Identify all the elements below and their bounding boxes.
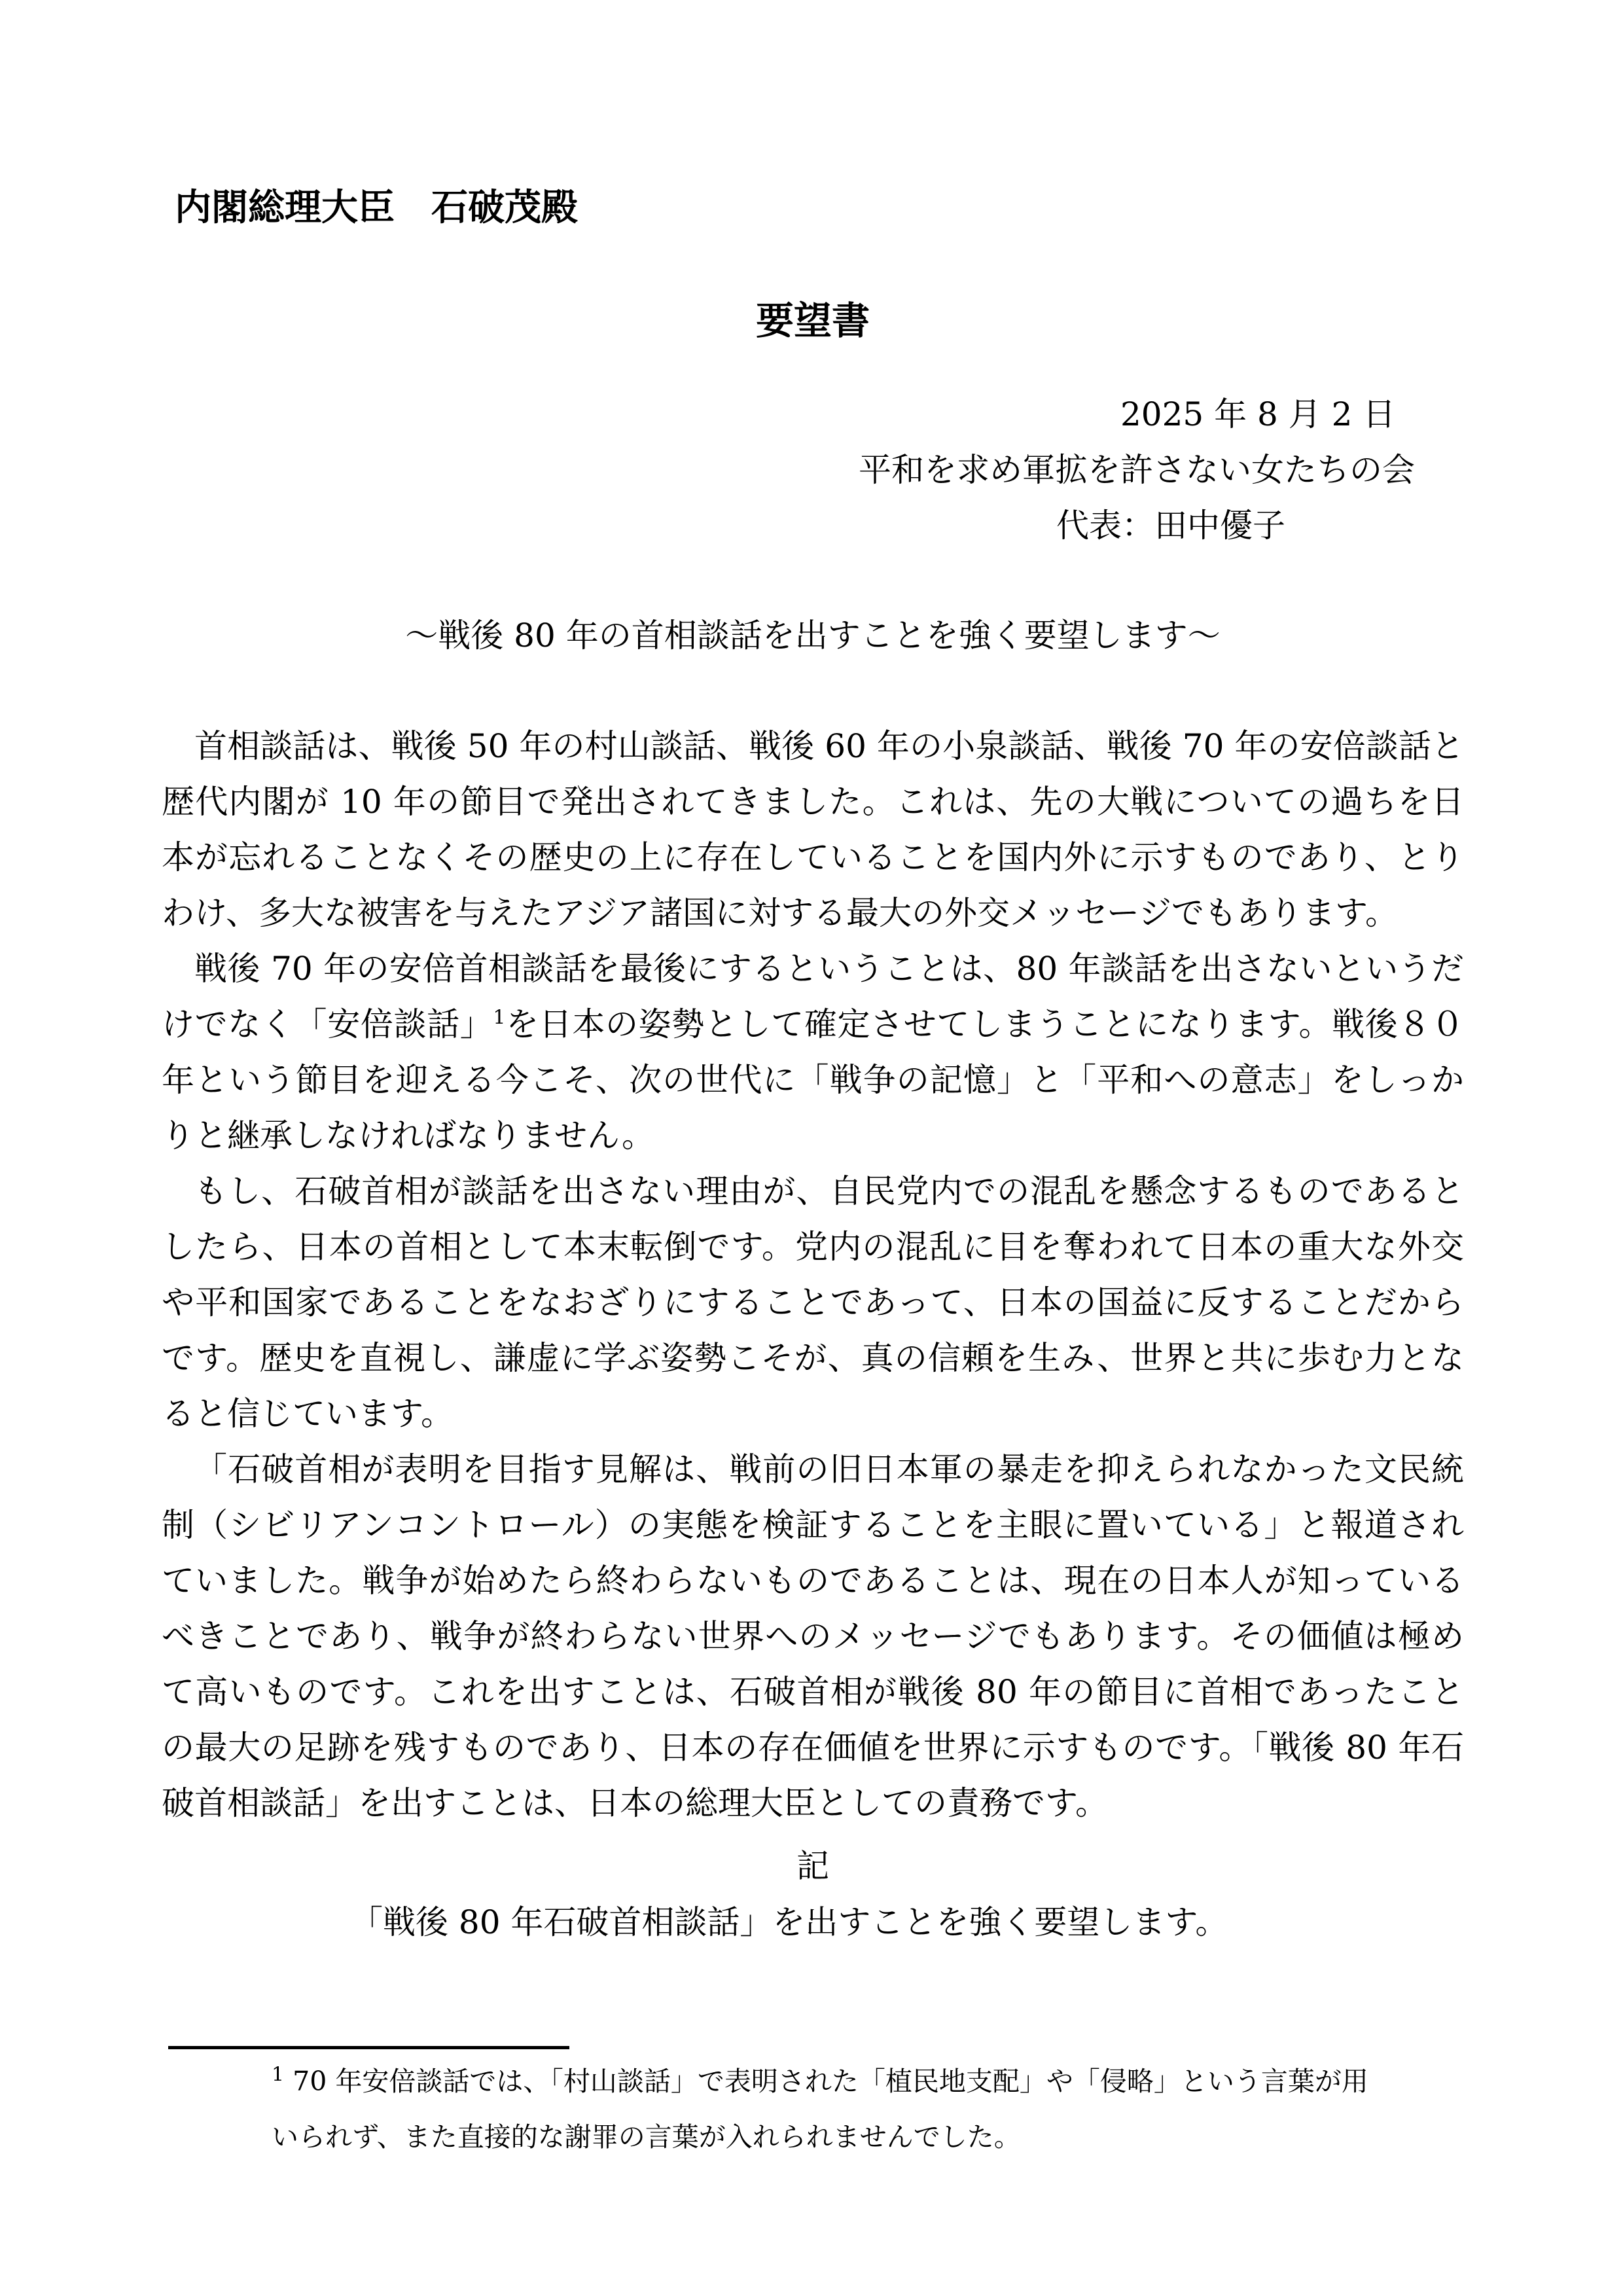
representative-line: 代表：田中優子: [1056, 498, 1285, 554]
document-title: 要望書: [162, 291, 1464, 350]
body-line: や平和国家であることをなおざりにすることであって、日本の国益に反することだから: [162, 1275, 1464, 1331]
body-line: もし、石破首相が談話を出さない理由が、自民党内での混乱を懸念するものであると: [162, 1164, 1464, 1219]
body-line-with-footnote-ref: けでなく「安倍談話」1を日本の姿勢として確定させてしまうことになります。戦後８０: [162, 997, 1464, 1052]
body-line: 本が忘れることなくその歴史の上に存在していることを国内外に示すものであり、とり: [162, 830, 1464, 886]
body-line: りと継承しなければなりません。: [162, 1108, 1464, 1164]
paragraph-3: もし、石破首相が談話を出さない理由が、自民党内での混乱を懸念するものであると し…: [162, 1164, 1464, 1442]
body-line: です。歴史を直視し、謙虚に学ぶ姿勢こそが、真の信頼を生み、世界と共に歩む力とな: [162, 1331, 1464, 1386]
footnote-text: 70 年安倍談話では、「村山談話」で表明された「植民地支配」や「侵略」という言葉…: [284, 2066, 1368, 2097]
footnote-line: いられず、また直接的な謝罪の言葉が入れられませんでした。: [272, 2109, 1021, 2165]
body-line: 戦後 70 年の安倍首相談話を最後にするということは、80 年談話を出さないとい…: [162, 941, 1464, 997]
body-line: 破首相談話」を出すことは、日本の総理大臣としての責務です。: [162, 1776, 1464, 1831]
body-line: て高いものです。これを出すことは、石破首相が戦後 80 年の節目に首相であったこ…: [162, 1664, 1464, 1720]
request-line: 「戦後 80 年石破首相談話」を出すことを強く要望します。: [350, 1895, 1228, 1950]
body-line: わけ、多大な被害を与えたアジア諸国に対する最大の外交メッセージでもあります。: [162, 886, 1464, 941]
organization-line: 平和を求め軍拡を許さない女たちの会: [859, 442, 1415, 498]
body-line: 歴代内閣が 10 年の節目で発出されてきました。これは、先の大戦についての過ちを…: [162, 774, 1464, 830]
recipient-line: 内閣総理大臣 石破茂殿: [175, 180, 578, 236]
body-line: ると信じています。: [162, 1386, 1464, 1442]
document-page: 内閣総理大臣 石破茂殿 要望書 2025 年 8 月 2 日 平和を求め軍拡を許…: [0, 0, 1623, 2296]
body-line: の最大の足跡を残すものであり、日本の存在価値を世界に示すものです。「戦後 80 …: [162, 1720, 1464, 1776]
paragraph-1: 首相談話は、戦後 50 年の村山談話、戦後 60 年の小泉談話、戦後 70 年の…: [162, 719, 1464, 941]
footnote-separator: [168, 2046, 569, 2049]
body-line: ていました。戦争が始めたら終わらないものであることは、現在の日本人が知っている: [162, 1553, 1464, 1609]
paragraph-2: 戦後 70 年の安倍首相談話を最後にするということは、80 年談話を出さないとい…: [162, 941, 1464, 1164]
body-line: 首相談話は、戦後 50 年の村山談話、戦後 60 年の小泉談話、戦後 70 年の…: [162, 719, 1464, 774]
body-line: 「石破首相が表明を目指す見解は、戦前の旧日本軍の暴走を抑えられなかった文民統: [162, 1442, 1464, 1498]
subtitle-line: ～戦後 80 年の首相談話を出すことを強く要望します～: [162, 608, 1464, 664]
ki-heading: 記: [162, 1839, 1464, 1894]
body-line: したら、日本の首相として本末転倒です。党内の混乱に目を奪われて日本の重大な外交: [162, 1219, 1464, 1275]
footnote-marker-1: 1: [272, 2063, 284, 2086]
footnote-line: 1 70 年安倍談話では、「村山談話」で表明された「植民地支配」や「侵略」という…: [272, 2054, 1368, 2109]
body-line: 制（シビリアンコントロール）の実態を検証することを主眼に置いている」と報道され: [162, 1498, 1464, 1553]
body-line-segment: を日本の姿勢として確定させてしまうことになります。戦後８０: [505, 1005, 1464, 1043]
body-line-segment: けでなく「安倍談話」: [162, 1005, 493, 1043]
body-text: 首相談話は、戦後 50 年の村山談話、戦後 60 年の小泉談話、戦後 70 年の…: [162, 719, 1464, 1831]
body-line: べきことであり、戦争が終わらない世界へのメッセージでもあります。その価値は極め: [162, 1609, 1464, 1664]
body-line: 年という節目を迎える今こそ、次の世代に「戦争の記憶」と「平和への意志」をしっか: [162, 1052, 1464, 1108]
footnote-reference-1: 1: [493, 1006, 505, 1029]
date-line: 2025 年 8 月 2 日: [1120, 387, 1395, 442]
paragraph-4: 「石破首相が表明を目指す見解は、戦前の旧日本軍の暴走を抑えられなかった文民統 制…: [162, 1442, 1464, 1831]
